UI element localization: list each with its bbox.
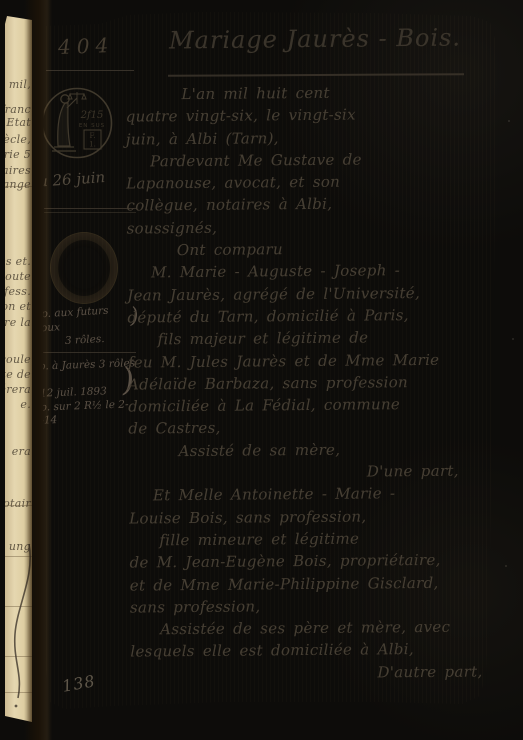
revenue-stamp-justice-icon: 2f15 EN SUS F. 1. — [40, 84, 114, 162]
svg-text:EN SUS: EN SUS — [79, 123, 105, 129]
manuscript-line: lesquels elle est domiciliée à Albi, — [130, 638, 486, 663]
margin-divider — [44, 212, 136, 213]
manuscript-line: domiciliée à La Fédial, commune — [128, 393, 484, 418]
dust-speck — [508, 120, 510, 122]
manuscript-line: Assisté de sa mère, — [128, 437, 484, 462]
register-page: 404 Mariage Jaurès - Bois. 2f15 EN SUS F… — [42, 12, 498, 712]
page-title: Mariage Jaurès - Bois. — [160, 23, 470, 54]
manuscript-line: D'une part, — [129, 459, 485, 484]
signature-flourish — [5, 16, 32, 722]
manuscript-line: Jean Jaurès, agrégé de l'Université, — [127, 281, 483, 306]
manuscript-line: de M. Jean-Eugène Bois, propriétaire, — [129, 549, 485, 574]
margin-note-expedition: Exp. aux futurs époux 3 rôles. — [27, 302, 141, 350]
manuscript-line: juin, à Albi (Tarn), — [126, 125, 482, 150]
margin-divider — [28, 352, 136, 353]
manuscript-line: Ont comparu — [127, 237, 483, 262]
manuscript-line: Lapanouse, avocat, et son — [126, 170, 482, 195]
manuscript-line: fils majeur et légitime de — [128, 326, 484, 351]
margin-divider — [44, 208, 136, 209]
manuscript-line: soussignés, — [127, 214, 483, 239]
facing-page-edge: mil, franc l'Etat siècle, série 5 taires… — [5, 16, 32, 722]
manuscript-line: sans profession, — [130, 593, 486, 618]
manuscript-line: quatre vingt-six, le vingt-six — [126, 103, 482, 128]
svg-text:1.: 1. — [89, 141, 96, 149]
manuscript-line: Assistée de ses père et mère, avec — [130, 616, 486, 641]
manuscript-line: M. Marie - Auguste - Joseph - — [127, 259, 483, 284]
dust-speck — [505, 565, 507, 567]
manuscript-line: D'autre part, — [130, 660, 486, 685]
dust-speck — [512, 338, 514, 340]
svg-text:2f15: 2f15 — [80, 110, 104, 121]
manuscript-line: fille mineure et légitime — [129, 526, 485, 551]
register-photo: mil, franc l'Etat siècle, série 5 taires… — [0, 0, 523, 740]
embossed-seal — [50, 232, 118, 304]
manuscript-line: et de Mme Marie-Philippine Gisclard, — [130, 571, 486, 596]
manuscript-body: L'an mil huit cent quatre vingt-six, le … — [125, 80, 486, 685]
manuscript-line: de Castres, — [128, 415, 484, 440]
manuscript-line: feu M. Jules Jaurès et de Mme Marie — [128, 348, 484, 373]
manuscript-line: Louise Bois, sans profession, — [129, 504, 485, 529]
folio-number: 404 — [58, 33, 115, 59]
title-underline — [168, 73, 464, 76]
folio-underline — [46, 70, 134, 71]
manuscript-line: député du Tarn, domicilié à Paris, — [127, 303, 483, 328]
svg-text:F.: F. — [90, 132, 96, 140]
manuscript-line: collègue, notaires à Albi, — [126, 192, 482, 217]
pencil-folio-note: 138 — [61, 671, 97, 696]
manuscript-line: L'an mil huit cent — [125, 80, 481, 105]
manuscript-line: Et Melle Antoinette - Marie - — [129, 482, 485, 507]
manuscript-line: Adélaïde Barbaza, sans profession — [128, 370, 484, 395]
manuscript-line: Pardevant Me Gustave de — [126, 147, 482, 172]
